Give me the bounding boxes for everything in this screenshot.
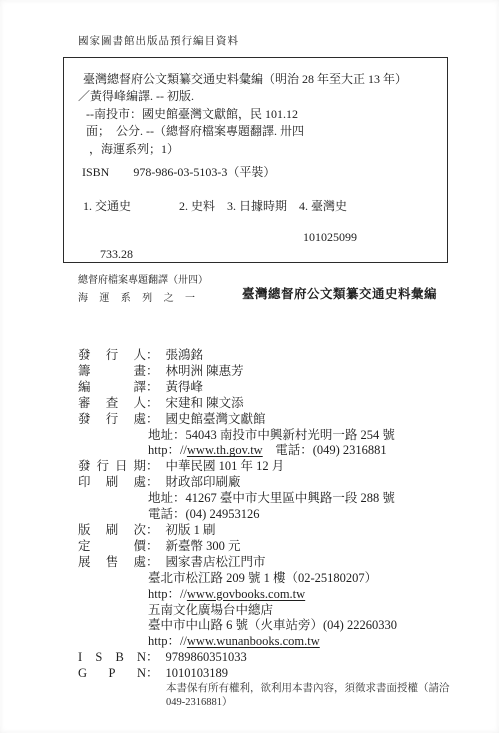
http-prefix: http：//: [148, 587, 187, 601]
row-price: 定價：新臺幣 300 元: [78, 539, 478, 555]
row-store2-address: 臺中市中山路 6 號（火車站旁）(04) 22260330: [148, 618, 478, 634]
cip-title-line: 臺灣總督府公文類纂交通史料彙編（明治 28 年至大正 13 年）: [78, 71, 437, 88]
colophon-details: 發行人：張鴻銘 籌畫：林明洲 陳惠芳 編譯：黃得峰 審查人：宋建和 陳文添 發行…: [78, 348, 478, 710]
field-label: 編譯: [78, 380, 146, 396]
record-number: 101025099: [303, 229, 357, 246]
field-value: 初版 1 刷: [166, 523, 216, 537]
cip-imprint-line: --南投市：國史館臺灣文獻館，民 101.12: [78, 106, 437, 123]
cip-header: 國家圖書館出版品預行編目資料: [78, 33, 239, 48]
store2-url-text: www.wunanbooks.com.tw: [187, 634, 320, 648]
row-isbn: ISBN：9789860351033: [78, 650, 478, 666]
series-title: 總督府檔案專題翻譯（卅四）: [78, 272, 208, 290]
row-translator: 編譯：黃得峰: [78, 380, 478, 396]
series-block: 總督府檔案專題翻譯（卅四） 海運系列之一: [78, 272, 208, 308]
row-publisher-address: 地址：54043 南投市中興新村光明一路 254 號: [148, 428, 478, 444]
colon: ：: [146, 523, 159, 537]
field-value: 新臺幣 300 元: [166, 539, 241, 553]
field-label: 印刷處: [78, 475, 146, 491]
row-reviewers: 審查人：宋建和 陳文添: [78, 396, 478, 412]
colon: ：: [146, 650, 159, 664]
row-publisher-url: http：//www.th.gov.tw 電話：(049) 2316881: [148, 443, 478, 459]
row-gpn: GPN：1010103189: [78, 666, 478, 682]
cip-box: 臺灣總督府公文類纂交通史料彙編（明治 28 年至大正 13 年） ／黃得峰編譯.…: [63, 57, 448, 263]
colon: ：: [146, 666, 159, 680]
field-label: 定價: [78, 539, 146, 555]
colon: ：: [146, 555, 159, 569]
cip-collation-line: 面； 公分. --（總督府檔案專題翻譯. 卅四: [78, 123, 437, 140]
row-store2-url: http：//www.wunanbooks.com.tw: [148, 634, 478, 650]
field-value: 張鴻銘: [166, 348, 204, 362]
field-label: 展售處: [78, 555, 146, 571]
rights-note-line1: 本書保有所有權利，欲利用本書內容，須徵求書面授權（請洽: [166, 682, 478, 696]
colon: ：: [146, 396, 159, 410]
row-stores: 展售處：國家書店松江門市: [78, 555, 478, 571]
row-printer-phone: 電話：(04) 24953126: [148, 507, 478, 523]
row-edition: 版刷次：初版 1 刷: [78, 523, 478, 539]
row-store1-url: http：//www.govbooks.com.tw: [148, 587, 478, 603]
colon: ：: [146, 364, 159, 378]
field-label: 版刷次: [78, 523, 146, 539]
rights-note-line2: 049-2316881）: [166, 696, 478, 710]
field-value: 宋建和 陳文添: [166, 396, 244, 410]
cip-subjects-line: 1. 交通史 2. 史料 3. 日據時期 4. 臺灣史: [78, 198, 437, 215]
row-publisher: 發行處：國史館臺灣文獻館: [78, 412, 478, 428]
field-value: 黃得峰: [166, 380, 204, 394]
colon: ：: [146, 412, 159, 426]
field-value: 1010103189: [166, 666, 229, 680]
row-planning: 籌畫：林明洲 陳惠芳: [78, 364, 478, 380]
publisher-phone: 電話：(049) 2316881: [263, 443, 387, 457]
cip-series-line: ，海運系列；1）: [78, 141, 437, 158]
field-value: 中華民國 101 年 12 月: [166, 459, 285, 473]
field-label: 發行日期: [78, 459, 146, 475]
cip-translator-line: ／黃得峰編譯. -- 初版.: [78, 88, 437, 105]
field-label: 發行人: [78, 348, 146, 364]
store1-url-text: www.govbooks.com.tw: [187, 587, 305, 601]
colon: ：: [146, 475, 159, 489]
field-label: 籌畫: [78, 364, 146, 380]
field-label: 審查人: [78, 396, 146, 412]
cip-isbn-line: ISBN 978-986-03-5103-3（平裝）: [78, 164, 437, 181]
row-printer: 印刷處：財政部印刷廠: [78, 475, 478, 491]
field-value: 林明洲 陳惠芳: [166, 364, 244, 378]
row-publisher-person: 發行人：張鴻銘: [78, 348, 478, 364]
publisher-url-text: www.th.gov.tw: [187, 443, 263, 457]
field-label: 發行處: [78, 412, 146, 428]
field-value: 國史館臺灣文獻館: [166, 412, 266, 426]
book-title: 臺灣總督府公文類纂交通史料彙編: [242, 284, 437, 302]
row-printer-address: 地址：41267 臺中市大里區中興路一段 288 號: [148, 491, 478, 507]
colon: ：: [146, 539, 159, 553]
field-value: 9789860351033: [166, 650, 247, 664]
series-subtitle: 海運系列之一: [78, 290, 195, 308]
colon: ：: [146, 459, 159, 473]
colon: ：: [146, 380, 159, 394]
colophon-page: 國家圖書館出版品預行編目資料 臺灣總督府公文類纂交通史料彙編（明治 28 年至大…: [0, 0, 499, 733]
http-prefix: http：//: [148, 634, 187, 648]
field-value: 國家書店松江門市: [166, 555, 266, 569]
colon: ：: [146, 348, 159, 362]
field-value: 財政部印刷廠: [166, 475, 241, 489]
http-prefix: http：//: [148, 443, 187, 457]
row-store1-address: 臺北市松江路 209 號 1 樓（02-25180207）: [148, 571, 478, 587]
row-store2-name: 五南文化廣場台中總店: [148, 603, 478, 619]
call-number: 733.28: [100, 247, 133, 261]
row-publish-date: 發行日期：中華民國 101 年 12 月: [78, 459, 478, 475]
field-label: GPN: [78, 666, 146, 682]
field-label: ISBN: [78, 650, 146, 666]
